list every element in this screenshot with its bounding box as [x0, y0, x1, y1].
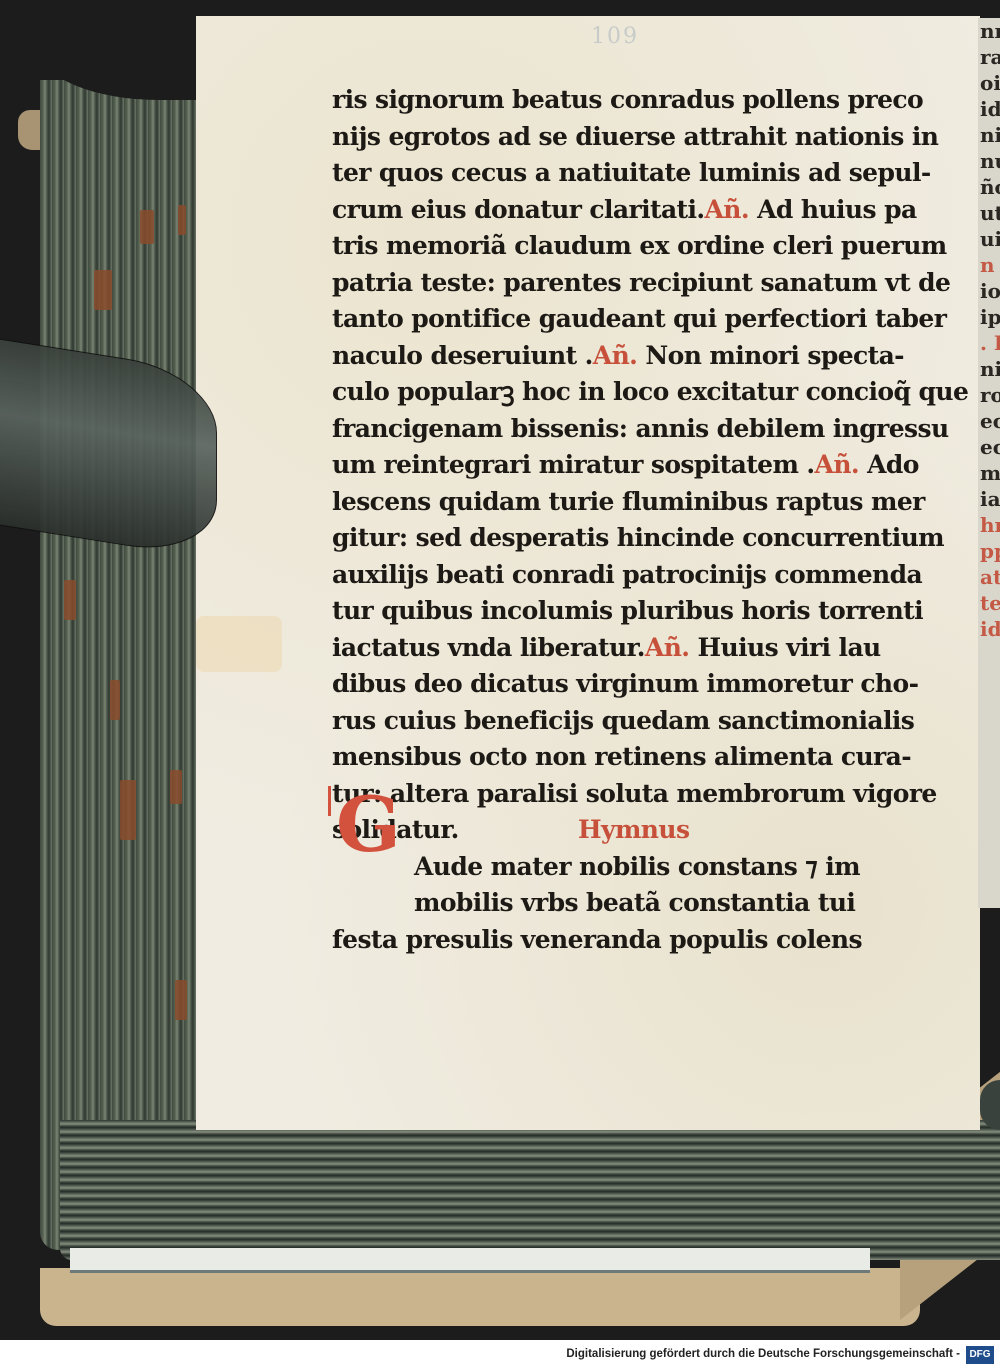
text-line: tur quibus incolumis pluribus horis torr…	[332, 593, 932, 630]
book-scan: 109 ris signorum beatus conradus pollens…	[0, 0, 1000, 1340]
facing-page-fragment: iam	[980, 486, 1000, 512]
text-segment: auxilijs beati conradi patrocinijs comme…	[332, 560, 922, 589]
facing-page-fragment: num	[980, 148, 1000, 174]
book-bottom-page-edge	[70, 1248, 870, 1273]
text-segment: naculo deseruiunt .	[332, 341, 593, 370]
text-line: rus cuius beneficijs quedam sanctimonial…	[332, 703, 932, 740]
rubric-antiphon-marker: Añ.	[705, 195, 749, 224]
text-line: tanto pontifice gaudeant qui perfectiori…	[332, 301, 932, 338]
facing-page-fragment: ut v	[980, 200, 1000, 226]
text-line: ter quos cecus a natiuitate luminis ad s…	[332, 155, 932, 192]
book-bottom-edge	[60, 1120, 1000, 1260]
page: 109 ris signorum beatus conradus pollens…	[196, 16, 980, 1130]
hymn-line: Aude mater nobilis constans ⁊ im	[332, 849, 932, 886]
hymn-title: Hymnus	[578, 812, 689, 848]
facing-page-fragment: nigi	[980, 122, 1000, 148]
text-segment: Ad huius pa	[749, 195, 917, 224]
rust-spot	[140, 210, 154, 244]
decorated-initial: G	[336, 787, 408, 863]
text-segment: patria teste: parentes recipiunt sanatum…	[332, 268, 950, 297]
text-segment: Ado	[859, 450, 919, 479]
hymn-line: festa presulis veneranda populis colens	[332, 922, 932, 959]
text-line: naculo deseruiunt .Añ. Non minori specta…	[332, 338, 932, 375]
text-segment: mensibus octo non retinens alimenta cura…	[332, 742, 911, 771]
text-line: tris memoriã claudum ex ordine cleri pue…	[332, 228, 932, 265]
rubric-paragraph-mark	[328, 786, 331, 816]
rubric-antiphon-marker: Añ.	[815, 450, 859, 479]
facing-page-fragment: ñou	[980, 174, 1000, 200]
text-line: um reintegrari miratur sospitatem .Añ. A…	[332, 447, 932, 484]
text-segment: tur quibus incolumis pluribus horis torr…	[332, 596, 923, 625]
text-line: mensibus octo non retinens alimenta cura…	[332, 739, 932, 776]
rust-spot	[110, 680, 120, 720]
hymn-heading-line: solidatur.Hymnus	[332, 812, 932, 849]
text-segment: iactatus vnda liberatur.	[332, 633, 645, 662]
facing-page-fragment: uice	[980, 226, 1000, 252]
text-segment: rus cuius beneficijs quedam sanctimonial…	[332, 706, 914, 735]
facing-page-fragment: hri	[980, 512, 1000, 538]
text-line: nijs egrotos ad se diuerse attrahit nati…	[332, 119, 932, 156]
text-line: iactatus vnda liberatur.Añ. Huius viri l…	[332, 630, 932, 667]
rust-spot	[175, 980, 187, 1020]
facing-page-fragment: ios e	[980, 278, 1000, 304]
rubric-antiphon-marker: Añ.	[645, 633, 689, 662]
text-segment: Non minori specta-	[637, 341, 904, 370]
text-segment: francigenam bissenis: annis debilem ingr…	[332, 414, 949, 443]
text-segment: nijs egrotos ad se diuerse attrahit nati…	[332, 122, 938, 151]
facing-page-fragment: n v	[980, 252, 1000, 278]
funding-credit: Digitalisierung gefördert durch die Deut…	[566, 1348, 960, 1360]
text-segment: culo popularꝫ hoc in loco excitatur conc…	[332, 377, 968, 406]
facing-page-fragment: ide	[980, 616, 1000, 642]
text-line: culo popularꝫ hoc in loco excitatur conc…	[332, 374, 932, 411]
text-segment: ris signorum beatus conradus pollens pre…	[332, 85, 923, 114]
facing-page-fragment: ipso	[980, 304, 1000, 330]
rust-spot	[178, 205, 186, 235]
facing-page-fragment: oier	[980, 70, 1000, 96]
paper-stain	[196, 616, 282, 672]
text-segment: ter quos cecus a natiuitate luminis ad s…	[332, 158, 931, 187]
text-line: ris signorum beatus conradus pollens pre…	[332, 82, 932, 119]
text-segment: tanto pontifice gaudeant qui perfectiori…	[332, 304, 946, 333]
facing-page-fragment: roa	[980, 382, 1000, 408]
text-line: auxilijs beati conradi patrocinijs comme…	[332, 557, 932, 594]
dfg-logo: DFG	[966, 1346, 994, 1364]
facing-page-fragment: ecr	[980, 434, 1000, 460]
facing-page-fragment: . B	[980, 330, 1000, 356]
facing-page-fragment: tetic	[980, 590, 1000, 616]
text-line: dibus deo dicatus virginum immoretur cho…	[332, 666, 932, 703]
rust-spot	[170, 770, 182, 804]
facing-page-fragment: nnn	[980, 18, 1000, 44]
text-line: gitur: sed desperatis hincinde concurren…	[332, 520, 932, 557]
facing-page-fragment: ecu	[980, 408, 1000, 434]
text-segment: tur: altera paralisi soluta membrorum vi…	[332, 779, 937, 808]
rubric-antiphon-marker: Añ.	[593, 341, 637, 370]
facing-page-edge: nnnranoieridgeniginumñouut vuicen vios e…	[978, 18, 1000, 908]
hymn-line: mobilis vrbs beatã constantia tui	[332, 885, 932, 922]
text-line: francigenam bissenis: annis debilem ingr…	[332, 411, 932, 448]
text-block: ris signorum beatus conradus pollens pre…	[332, 82, 932, 958]
rust-spot	[120, 780, 136, 840]
rust-spot	[64, 580, 76, 620]
facing-page-fragment: pp	[980, 538, 1000, 564]
facing-page-fragment: idge	[980, 96, 1000, 122]
book-fore-edge	[40, 80, 200, 1250]
text-segment: lescens quidam turie fluminibus raptus m…	[332, 487, 925, 516]
facing-page-fragment: man	[980, 460, 1000, 486]
facing-page-fragment: ati	[980, 564, 1000, 590]
text-segment: Huius viri lau	[689, 633, 880, 662]
text-line: crum eius donatur claritati.Añ. Ad huius…	[332, 192, 932, 229]
facing-page-fragment: ran	[980, 44, 1000, 70]
text-line: lescens quidam turie fluminibus raptus m…	[332, 484, 932, 521]
text-segment: tris memoriã claudum ex ordine cleri pue…	[332, 231, 947, 260]
rust-spot	[94, 270, 112, 310]
text-segment: gitur: sed desperatis hincinde concurren…	[332, 523, 944, 552]
text-line: patria teste: parentes recipiunt sanatum…	[332, 265, 932, 302]
facing-page-fragment: nier	[980, 356, 1000, 382]
page-number: 109	[591, 24, 639, 49]
footer: Digitalisierung gefördert durch die Deut…	[0, 1340, 1000, 1371]
text-segment: dibus deo dicatus virginum immoretur cho…	[332, 669, 918, 698]
book-cover-board	[40, 1268, 920, 1326]
text-segment: um reintegrari miratur sospitatem .	[332, 450, 815, 479]
text-line: tur: altera paralisi soluta membrorum vi…	[332, 776, 932, 813]
text-segment: crum eius donatur claritati.	[332, 195, 705, 224]
